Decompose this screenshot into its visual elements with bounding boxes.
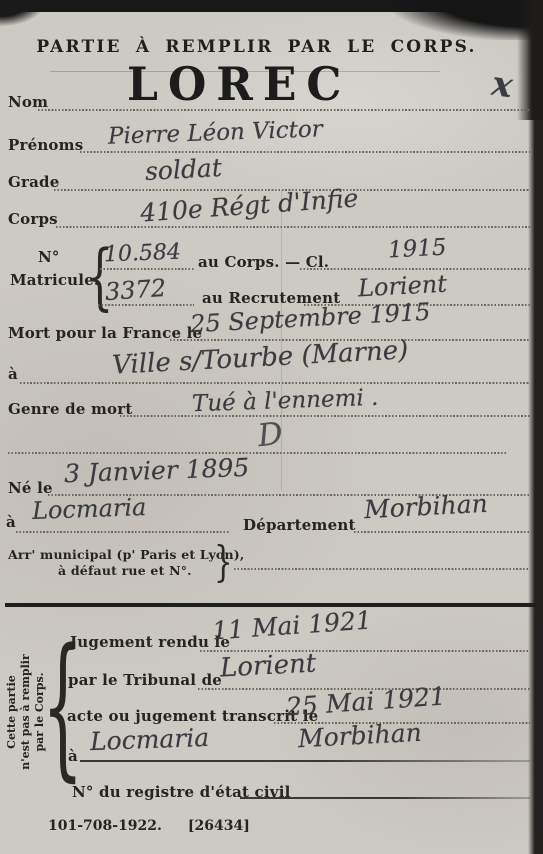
matricule-recrutement-value: Lorient (357, 272, 447, 301)
jugement-rendu-value: 11 Mai 1921 (211, 607, 372, 643)
grade-label: Grade (8, 174, 59, 191)
registre-line (240, 797, 530, 799)
prenoms-line (80, 151, 530, 153)
departement-line (354, 531, 530, 533)
arr-municipal-label-line2: à défaut rue et N°. (58, 564, 192, 578)
mort-a-label: à (8, 366, 18, 383)
section-divider (5, 603, 537, 607)
arr-municipal-line (234, 568, 530, 570)
separator-line (8, 452, 508, 454)
form-title: PARTIE À REMPLIR PAR LE CORPS. (0, 37, 513, 57)
transcrit-a-place: Locmaria (90, 725, 210, 754)
transcrit-a-departement: Morbihan (297, 720, 422, 751)
footer: 101-708-1922. [26434] (48, 818, 250, 834)
prenoms-value: Pierre Léon Victor (108, 118, 323, 148)
tribunal-value: Lorient (219, 650, 316, 681)
matricule-label-line1: N° (38, 249, 60, 266)
footer-batch-ref: [26434] (188, 818, 250, 834)
corps-line (56, 226, 530, 228)
matricule-classe-line (300, 268, 530, 270)
ne-a-line (16, 531, 230, 533)
side-note: Cette partie n'est pas à remplir par le … (5, 632, 47, 792)
prenoms-label: Prénoms (8, 137, 83, 154)
matricule-corps-number: 10.584 (104, 242, 182, 267)
scan-edge-top-left (0, 0, 46, 26)
side-note-line: Cette partie (5, 632, 19, 792)
ne-a-value: Locmaria (32, 495, 147, 523)
nom-stamped-value: LOREC (127, 62, 351, 108)
arr-municipal-brace: } (214, 541, 233, 583)
matricule-corps-line (100, 268, 194, 270)
matricule-recrutement-number-line (98, 304, 194, 306)
departement-label: Département (243, 517, 356, 534)
scan-edge-right (528, 0, 543, 854)
mort-a-line (20, 382, 530, 384)
genre-mort-value: Tué à l'ennemi . (192, 387, 379, 416)
genre-mort-line (120, 415, 530, 417)
footer-print-code: 101-708-1922. (48, 818, 162, 834)
ne-le-value: 3 Janvier 1895 (64, 455, 250, 486)
matricule-recrutement-number: 3372 (104, 276, 167, 304)
cross-mark: x (490, 67, 515, 103)
transcrit-a-line (80, 760, 530, 762)
tribunal-label: par le Tribunal de (68, 672, 222, 689)
corps-label: Corps (8, 211, 58, 228)
genre-mort-label: Genre de mort (8, 401, 133, 418)
ne-le-label: Né le (8, 480, 53, 497)
transcrit-a-label: à (68, 748, 78, 765)
record-card: PARTIE À REMPLIR PAR LE CORPS. LOREC x N… (0, 0, 543, 854)
departement-value: Morbihan (363, 491, 488, 522)
ne-a-label: à (6, 514, 16, 531)
arr-municipal-label-line1: Arr' municipal (p' Paris et Lyon), (8, 548, 244, 562)
mort-a-value: Ville s/Tourbe (Marne) (112, 337, 409, 378)
grade-value: soldat (144, 155, 222, 184)
flourish-mark: D (256, 419, 284, 452)
scan-edge-right-top (517, 0, 543, 120)
side-note-line: n'est pas à remplir (19, 632, 33, 792)
jugement-rendu-label: Jugement rendu le (70, 634, 230, 651)
matricule-classe-value: 1915 (387, 236, 447, 262)
nom-line (38, 109, 530, 111)
corps-value: 410e Régt d'Infie (139, 185, 359, 225)
